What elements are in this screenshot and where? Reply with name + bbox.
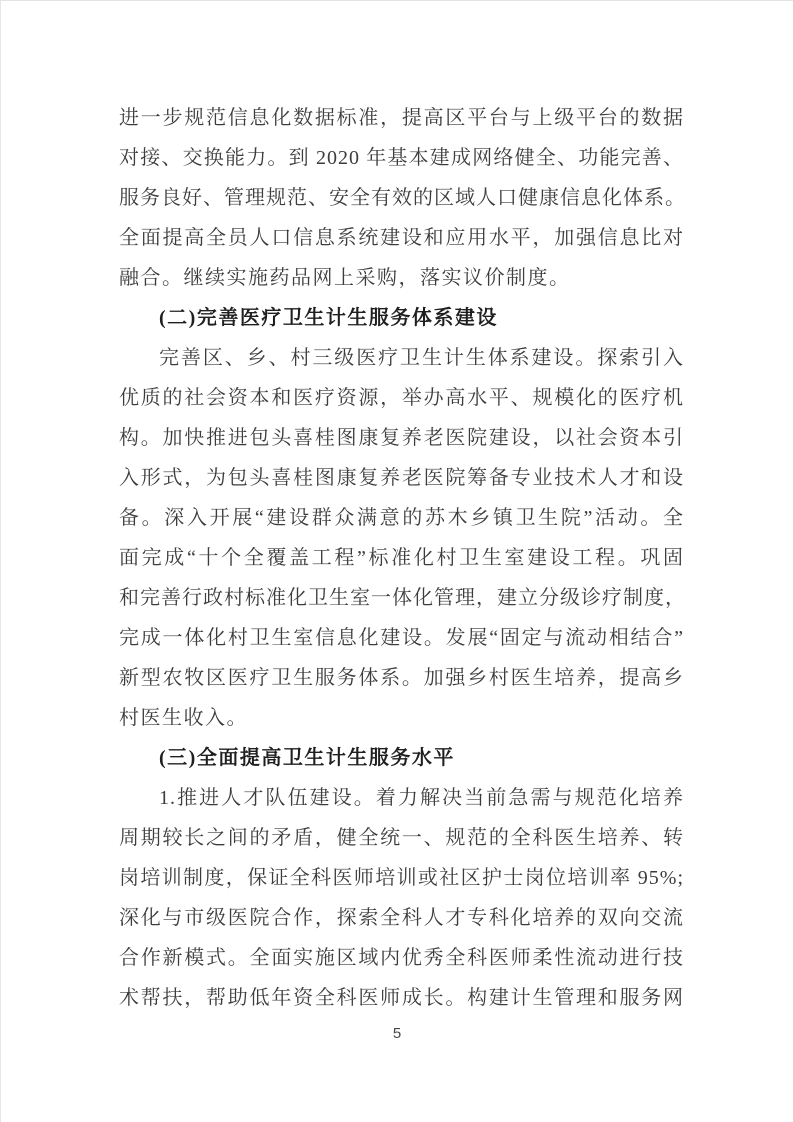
text-line: 村医生收入。 xyxy=(119,698,684,738)
text-line: 面完成“十个全覆盖工程”标准化村卫生室建设工程。巩固 xyxy=(119,538,684,578)
document-page: 进一步规范信息化数据标准，提高区平台与上级平台的数据对接、交换能力。到 2020… xyxy=(0,0,793,1122)
text-line: 全面提高全员人口信息系统建设和应用水平，加强信息比对 xyxy=(119,218,684,258)
text-line: 优质的社会资本和医疗资源，举办高水平、规模化的医疗机 xyxy=(119,378,684,418)
paragraph: 进一步规范信息化数据标准，提高区平台与上级平台的数据对接、交换能力。到 2020… xyxy=(119,98,684,298)
text-line: 术帮扶，帮助低年资全科医师成长。构建计生管理和服务网 xyxy=(119,978,684,1018)
text-line: 岗培训制度，保证全科医师培训或社区护士岗位培训率 95%; xyxy=(119,858,684,898)
text-line: 周期较长之间的矛盾，健全统一、规范的全科医生培养、转 xyxy=(119,818,684,858)
text-line: 新型农牧区医疗卫生服务体系。加强乡村医生培养，提高乡 xyxy=(119,658,684,698)
section-heading: (二)完善医疗卫生计生服务体系建设 xyxy=(119,298,684,338)
text-line: 融合。继续实施药品网上采购，落实议价制度。 xyxy=(119,258,684,298)
section-heading: (三)全面提高卫生计生服务水平 xyxy=(119,738,684,778)
document-body: 进一步规范信息化数据标准，提高区平台与上级平台的数据对接、交换能力。到 2020… xyxy=(119,98,684,1018)
text-line: 入形式，为包头喜桂图康复养老医院筹备专业技术人才和设 xyxy=(119,458,684,498)
text-line: 深化与市级医院合作，探索全科人才专科化培养的双向交流 xyxy=(119,898,684,938)
text-line: 备。深入开展“建设群众满意的苏木乡镇卫生院”活动。全 xyxy=(119,498,684,538)
text-line: 构。加快推进包头喜桂图康复养老医院建设，以社会资本引 xyxy=(119,418,684,458)
text-line: 和完善行政村标准化卫生室一体化管理，建立分级诊疗制度， xyxy=(119,578,684,618)
text-line: 服务良好、管理规范、安全有效的区域人口健康信息化体系。 xyxy=(119,178,684,218)
paragraph: 完善区、乡、村三级医疗卫生计生体系建设。探索引入优质的社会资本和医疗资源，举办高… xyxy=(119,338,684,738)
text-line: 合作新模式。全面实施区域内优秀全科医师柔性流动进行技 xyxy=(119,938,684,978)
text-line: 进一步规范信息化数据标准，提高区平台与上级平台的数据 xyxy=(119,98,684,138)
text-line: 完善区、乡、村三级医疗卫生计生体系建设。探索引入 xyxy=(119,338,684,378)
text-line: 完成一体化村卫生室信息化建设。发展“固定与流动相结合” xyxy=(119,618,684,658)
paragraph: 1.推进人才队伍建设。着力解决当前急需与规范化培养周期较长之间的矛盾，健全统一、… xyxy=(119,778,684,1018)
text-line: 对接、交换能力。到 2020 年基本建成网络健全、功能完善、 xyxy=(119,138,684,178)
text-line: 1.推进人才队伍建设。着力解决当前急需与规范化培养 xyxy=(119,778,684,818)
page-number: 5 xyxy=(1,1023,793,1045)
